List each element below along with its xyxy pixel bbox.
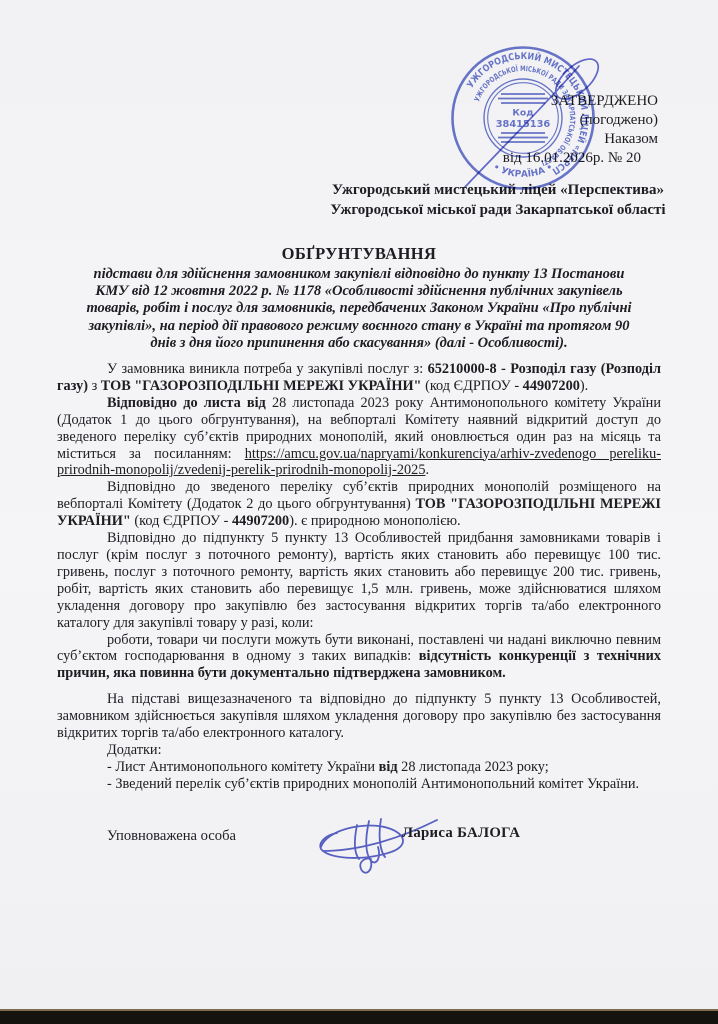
authorized-person-label: Уповноважена особа: [107, 828, 236, 845]
text-segment: з: [88, 378, 101, 394]
text-segment: 44907200: [523, 378, 580, 394]
handwritten-signature: [285, 795, 465, 895]
paragraph: Відповідно до листа від 28 листопада 202…: [57, 395, 661, 480]
paragraph: - Зведений перелік суб’єктів природних м…: [57, 776, 661, 793]
text-segment: На підставі вищезазначеного та відповідн…: [57, 691, 661, 741]
text-segment: (код ЄДРПОУ -: [131, 513, 232, 529]
text-segment: У замовника виникла потреба у закупівлі …: [107, 361, 428, 377]
signatory-name: Лариса БАЛОГА: [402, 825, 520, 842]
paragraph: На підставі вищезазначеного та відповідн…: [57, 691, 661, 742]
paragraph: Відповідно до зведеного переліку суб’єкт…: [57, 479, 661, 530]
text-segment: .: [425, 462, 429, 478]
document-body: У замовника виникла потреба у закупівлі …: [57, 361, 661, 793]
text-segment: ). є природною монополією.: [289, 513, 460, 529]
paragraph: Відповідно до підпункту 5 пункту 13 Особ…: [57, 530, 661, 631]
text-segment: від: [379, 759, 398, 775]
text-segment: Відповідно до листа від: [107, 395, 266, 411]
text-segment: - Зведений перелік суб’єктів природних м…: [107, 776, 639, 792]
paragraph: У замовника виникла потреба у закупівлі …: [57, 361, 661, 395]
paragraph: роботи, товари чи послуги можуть бути ви…: [57, 632, 661, 683]
paragraph: Додатки:: [57, 742, 661, 759]
text-segment: Відповідно до підпункту 5 пункту 13 Особ…: [57, 530, 661, 631]
text-segment: ).: [580, 378, 588, 394]
text-segment: ТОВ "ГАЗОРОЗПОДІЛЬНІ МЕРЕЖІ УКРАЇНИ": [101, 378, 422, 394]
text-segment: 28 листопада 2023 року;: [398, 759, 549, 775]
pen-stroke-mark: [430, 25, 690, 205]
document-subtitle: підстави для здійснення замовником закуп…: [82, 266, 636, 352]
document-title: ОБҐРУНТУВАННЯ: [0, 244, 718, 264]
text-segment: - Лист Антимонопольного комітету України: [107, 759, 379, 775]
text-segment: Додатки:: [107, 742, 162, 758]
scan-edge: [0, 1009, 718, 1024]
text-segment: 44907200: [232, 513, 289, 529]
text-segment: (код ЄДРПОУ -: [422, 378, 523, 394]
paragraph: - Лист Антимонопольного комітету України…: [57, 759, 661, 776]
scanned-document-page: ЗАТВЕРДЖЕНО (погоджено) Наказом від 16.0…: [0, 0, 718, 1024]
